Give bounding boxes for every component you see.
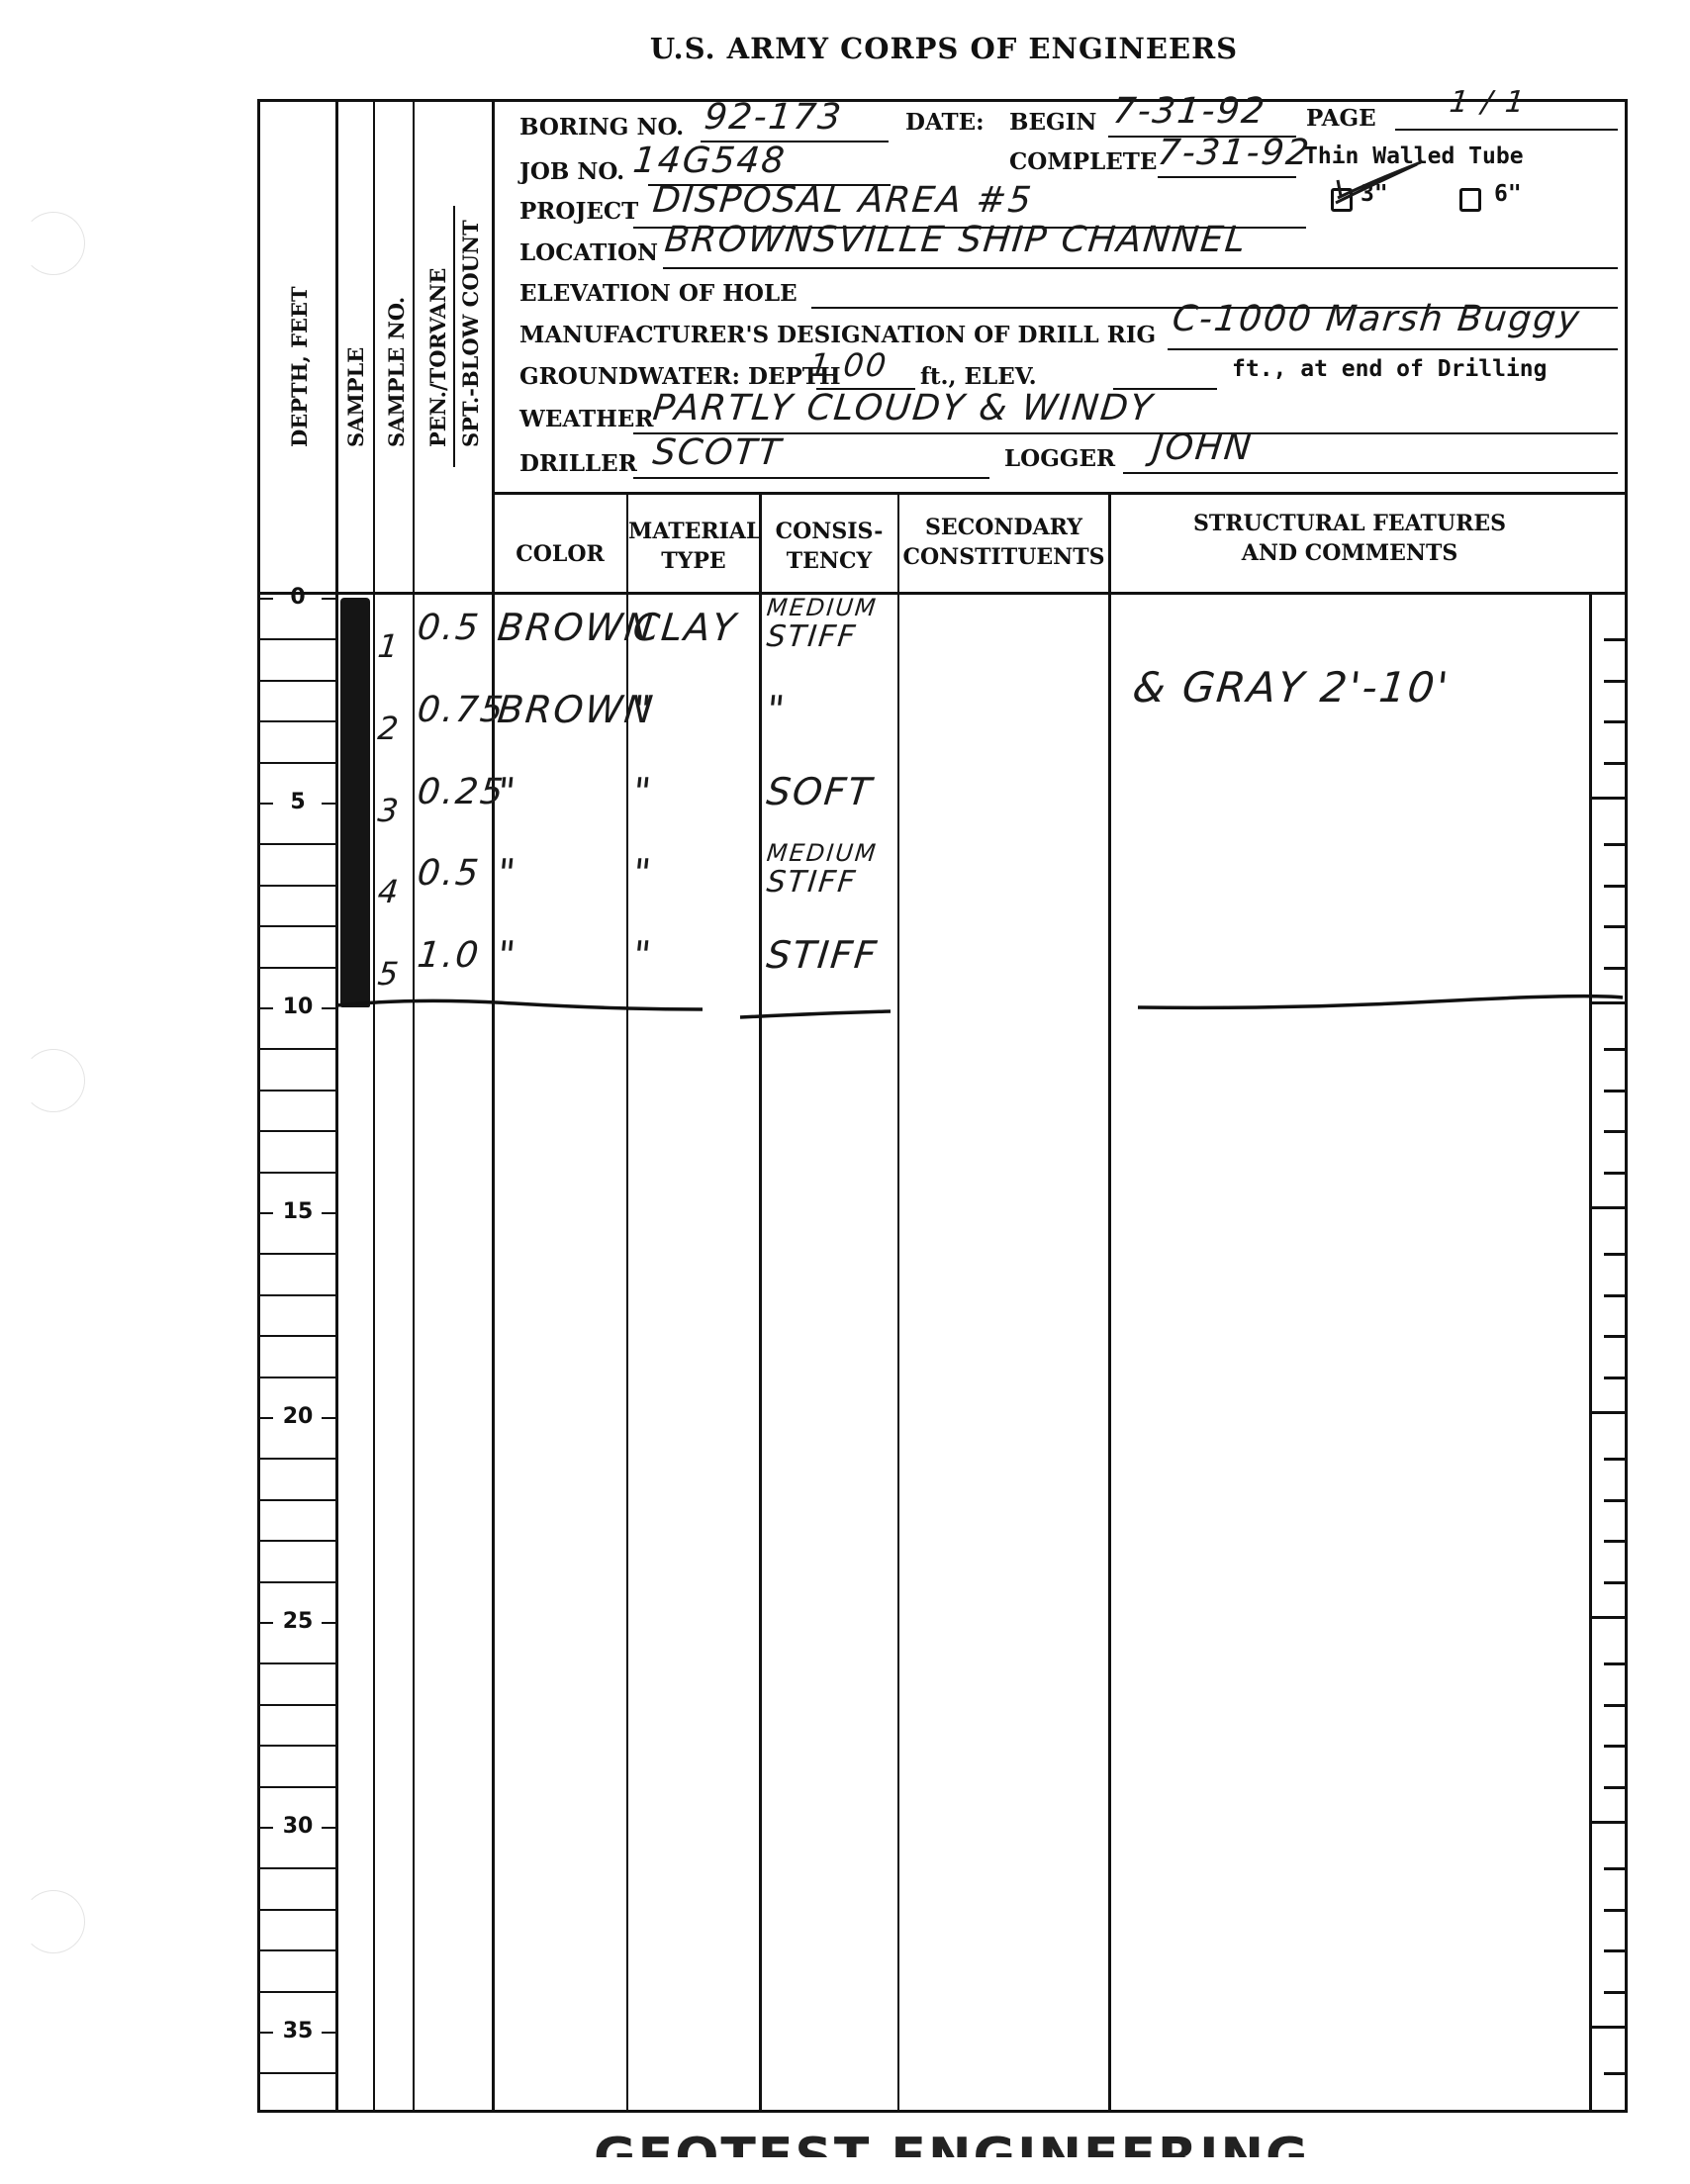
tick-col-minor bbox=[1604, 1335, 1626, 1338]
punch-hole bbox=[22, 1049, 85, 1112]
col-divider bbox=[1108, 492, 1111, 2113]
tick-col-major bbox=[1591, 592, 1626, 595]
depth-row-line bbox=[259, 1377, 335, 1378]
job-no-value[interactable]: 14G548 bbox=[631, 141, 789, 181]
col-divider bbox=[492, 99, 495, 2113]
depth-row-line bbox=[259, 1090, 335, 1092]
sample-no[interactable]: 4 bbox=[376, 873, 402, 910]
location-line bbox=[663, 267, 1618, 269]
boring-no-value[interactable]: 92-173 bbox=[703, 97, 845, 138]
depth-row-line bbox=[259, 967, 335, 969]
tick-col-minor bbox=[1604, 1581, 1626, 1584]
depth-row-line bbox=[259, 843, 335, 845]
header-color: COLOR bbox=[494, 539, 626, 569]
location-value[interactable]: BROWNSVILLE SHIP CHANNEL bbox=[663, 220, 1249, 260]
tick-col-minor bbox=[1604, 1090, 1626, 1092]
depth-label: 35 bbox=[259, 2019, 336, 2044]
depth-row-line bbox=[259, 1745, 335, 1747]
logger-value[interactable]: JOHN bbox=[1151, 427, 1255, 468]
tick-col-minor bbox=[1604, 1704, 1626, 1707]
depth-label: 0 bbox=[259, 585, 336, 611]
gw-elev-label: ft., ELEV. bbox=[920, 363, 1037, 390]
header-structural-features: STRUCTURAL FEATURESAND COMMENTS bbox=[1110, 509, 1589, 568]
depth-row-line bbox=[259, 720, 335, 722]
depth-row-line bbox=[259, 1867, 335, 1869]
gw-end-label: ft., at end of Drilling bbox=[1232, 356, 1548, 382]
job-no-label: JOB NO. bbox=[519, 158, 624, 185]
header-consistency: CONSIS-TENCY bbox=[761, 517, 897, 576]
consistency-value[interactable]: MEDIUM bbox=[766, 839, 880, 867]
header-secondary-constituents: SECONDARYCONSTITUENTS bbox=[899, 513, 1108, 572]
depth-row-line bbox=[259, 2072, 335, 2074]
depth-row-line bbox=[259, 1458, 335, 1460]
consistency-value[interactable]: STIFF bbox=[765, 865, 858, 900]
complete-date-line bbox=[1158, 176, 1296, 178]
depth-row-line bbox=[259, 1499, 335, 1501]
col-divider bbox=[626, 492, 628, 2113]
driller-line bbox=[633, 477, 989, 479]
tube-6in-checkbox[interactable] bbox=[1459, 188, 1481, 212]
consistency-value[interactable]: STIFF bbox=[765, 933, 881, 977]
column-header-bottom bbox=[257, 592, 1628, 595]
tick-col-minor bbox=[1604, 1294, 1626, 1297]
depth-label: 5 bbox=[259, 790, 336, 815]
structural-comment[interactable]: & GRAY 2'-10' bbox=[1130, 663, 1452, 712]
tick-col-major bbox=[1591, 1411, 1626, 1414]
date-label: DATE: bbox=[905, 109, 985, 136]
header-sample-no: SAMPLE NO. bbox=[384, 297, 409, 447]
gw-depth-value[interactable]: 1.00 bbox=[807, 346, 890, 384]
pen-torvane-value[interactable]: 1.0 bbox=[416, 935, 483, 976]
sample-no[interactable]: 2 bbox=[376, 710, 402, 747]
fraction-bar bbox=[453, 206, 455, 467]
depth-row-line bbox=[259, 1540, 335, 1542]
complete-label: COMPLETE bbox=[1009, 148, 1157, 175]
tick-col-minor bbox=[1604, 925, 1626, 928]
weather-value[interactable]: PARTLY CLOUDY & WINDY bbox=[651, 388, 1156, 428]
info-box-bottom bbox=[492, 492, 1628, 495]
location-label: LOCATION bbox=[519, 239, 658, 266]
col-divider bbox=[335, 99, 338, 2113]
header-sample: SAMPLE bbox=[343, 347, 368, 447]
page-value[interactable]: 1 / 1 bbox=[1448, 85, 1528, 120]
sample-no[interactable]: 5 bbox=[376, 955, 402, 993]
tube-6in-label: 6" bbox=[1494, 181, 1522, 207]
punch-hole bbox=[22, 212, 85, 275]
begin-date-value[interactable]: 7-31-92 bbox=[1111, 91, 1268, 132]
tick-col-minor bbox=[1604, 1991, 1626, 1994]
col-divider bbox=[759, 492, 762, 2113]
begin-label: BEGIN bbox=[1009, 109, 1096, 136]
tick-col-minor bbox=[1604, 1377, 1626, 1379]
project-label: PROJECT bbox=[519, 198, 638, 225]
depth-row-line bbox=[259, 1294, 335, 1296]
tick-col-minor bbox=[1604, 762, 1626, 765]
material-value[interactable]: CLAY bbox=[631, 606, 740, 649]
footer-company: GEOTEST ENGINEERING, INC. bbox=[594, 2128, 1385, 2157]
tick-col-minor bbox=[1604, 638, 1626, 641]
weather-label: WEATHER bbox=[519, 406, 653, 432]
tick-col-major bbox=[1591, 797, 1626, 800]
tick-col-minor bbox=[1604, 1786, 1626, 1789]
sample-no[interactable]: 1 bbox=[376, 627, 402, 665]
depth-label: 20 bbox=[259, 1404, 336, 1430]
consistency-value[interactable]: MEDIUM bbox=[766, 594, 880, 621]
tick-col-minor bbox=[1604, 843, 1626, 846]
col-divider bbox=[373, 99, 375, 2113]
depth-row-line bbox=[259, 1253, 335, 1255]
tick-col-major bbox=[1591, 2026, 1626, 2029]
rig-line bbox=[1168, 348, 1618, 350]
end-of-boring-line bbox=[0, 984, 1690, 1023]
depth-row-line bbox=[259, 1786, 335, 1788]
depth-label: 30 bbox=[259, 1814, 336, 1840]
tick-col-minor bbox=[1604, 1048, 1626, 1051]
depth-row-line bbox=[259, 1949, 335, 1951]
header-spt-blow-count: SPT.-BLOW COUNT bbox=[458, 220, 483, 447]
logger-label: LOGGER bbox=[1004, 445, 1115, 472]
depth-row-line bbox=[259, 925, 335, 927]
depth-row-line bbox=[259, 1662, 335, 1664]
depth-row-line bbox=[259, 638, 335, 640]
pen-torvane-value[interactable]: 0.75 bbox=[416, 690, 507, 730]
tick-col-minor bbox=[1604, 1909, 1626, 1912]
tick-col-major bbox=[1591, 1206, 1626, 1209]
depth-label: 25 bbox=[259, 1609, 336, 1635]
tick-col-minor bbox=[1604, 1172, 1626, 1175]
tick-col-minor bbox=[1604, 1867, 1626, 1870]
page-title: U.S. ARMY CORPS OF ENGINEERS bbox=[99, 32, 1690, 65]
depth-row-line bbox=[259, 1048, 335, 1050]
tick-col-divider bbox=[1589, 592, 1592, 2113]
tick-col-minor bbox=[1604, 1540, 1626, 1543]
punch-hole bbox=[22, 1890, 85, 1953]
pen-torvane-value[interactable]: 0.5 bbox=[416, 608, 483, 648]
depth-row-line bbox=[259, 1335, 335, 1337]
tick-col-minor bbox=[1604, 1253, 1626, 1256]
tick-col-minor bbox=[1604, 1130, 1626, 1133]
header-pen-torvane: PEN./TORVANE bbox=[425, 268, 450, 447]
tick-col-major bbox=[1591, 1821, 1626, 1824]
project-value[interactable]: DISPOSAL AREA #5 bbox=[651, 180, 1035, 221]
tick-col-minor bbox=[1604, 885, 1626, 888]
tick-col-minor bbox=[1604, 967, 1626, 970]
rig-value[interactable]: C-1000 Marsh Buggy bbox=[1171, 299, 1583, 339]
driller-value[interactable]: SCOTT bbox=[651, 432, 785, 473]
tick-col-major bbox=[1591, 1616, 1626, 1619]
col-divider bbox=[413, 99, 415, 2113]
groundwater-label: GROUNDWATER: DEPTH bbox=[519, 363, 841, 390]
depth-row-line bbox=[259, 1704, 335, 1706]
depth-row-line bbox=[259, 1130, 335, 1132]
boring-no-label: BORING NO. bbox=[519, 114, 684, 141]
rig-label: MANUFACTURER'S DESIGNATION OF DRILL RIG bbox=[519, 322, 1156, 348]
check-mark-icon bbox=[1326, 158, 1445, 218]
depth-row-line bbox=[259, 762, 335, 764]
pen-torvane-value[interactable]: 0.25 bbox=[416, 772, 507, 812]
depth-row-line bbox=[259, 1172, 335, 1174]
depth-label: 15 bbox=[259, 1199, 336, 1225]
tick-col-minor bbox=[1604, 1949, 1626, 1952]
driller-label: DRILLER bbox=[519, 450, 637, 477]
sample-bar bbox=[340, 598, 370, 1007]
page-line bbox=[1395, 129, 1618, 131]
tick-col-minor bbox=[1604, 1745, 1626, 1748]
consistency-value[interactable]: STIFF bbox=[765, 619, 858, 654]
tick-col-minor bbox=[1604, 1662, 1626, 1665]
pen-torvane-value[interactable]: 0.5 bbox=[416, 853, 483, 894]
tick-col-minor bbox=[1604, 2072, 1626, 2075]
depth-row-line bbox=[259, 1991, 335, 1993]
col-divider bbox=[897, 492, 899, 2113]
depth-row-line bbox=[259, 680, 335, 682]
tick-col-minor bbox=[1604, 1499, 1626, 1502]
header-material-type: MATERIALTYPE bbox=[628, 517, 759, 576]
tick-col-minor bbox=[1604, 1458, 1626, 1461]
page-label: PAGE bbox=[1306, 105, 1376, 132]
depth-row-line bbox=[259, 1581, 335, 1583]
logger-line bbox=[1123, 472, 1618, 474]
depth-row-line bbox=[259, 1909, 335, 1911]
elevation-label: ELEVATION OF HOLE bbox=[519, 280, 798, 307]
tick-col-minor bbox=[1604, 680, 1626, 683]
tick-col-minor bbox=[1604, 720, 1626, 723]
complete-date-value[interactable]: 7-31-92 bbox=[1156, 133, 1313, 173]
header-depth-feet: DEPTH, FEET bbox=[287, 286, 312, 447]
sample-no[interactable]: 3 bbox=[376, 792, 402, 829]
consistency-value[interactable]: SOFT bbox=[765, 770, 876, 813]
depth-row-line bbox=[259, 885, 335, 887]
